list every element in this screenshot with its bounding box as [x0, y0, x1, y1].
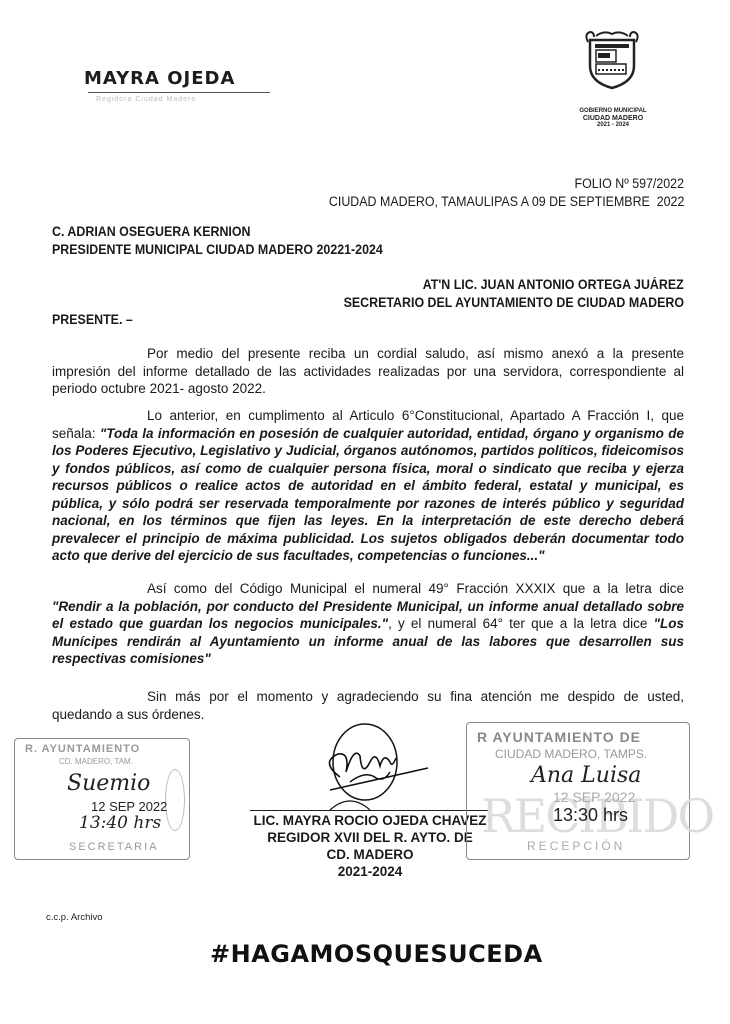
signature-line	[250, 810, 490, 811]
paragraph-4: Sin más por el momento y agradeciendo su…	[52, 688, 684, 723]
crest-line-1: GOBIERNO MUNICIPAL	[560, 108, 666, 115]
brand-name: MAYRA OJEDA	[84, 68, 235, 89]
signature-icon	[310, 722, 430, 812]
place-date: CIUDAD MADERO, TAMAULIPAS A 09 DE SEPTIE…	[329, 194, 684, 209]
stamp-left-handwriting: Suemio	[67, 771, 150, 796]
stamp-left-footer: SECRETARIA	[69, 841, 158, 853]
paragraph-3-text-b: , y el numeral 64° ter que a la letra di…	[388, 616, 654, 631]
paragraph-2: Lo anterior, en cumplimento al Articulo …	[52, 407, 684, 565]
article-6-quote: "Toda la información en posesión de cual…	[52, 426, 684, 564]
stamp-right-sub: CIUDAD MADERO, TAMPS.	[495, 747, 647, 761]
stamp-left-o-shape	[165, 769, 185, 831]
paragraph-1: Por medio del presente reciba un cordial…	[52, 345, 684, 398]
signer-role: REGIDOR XVII DEL R. AYTO. DE	[250, 829, 490, 846]
attn-title: SECRETARIO DEL AYUNTAMIENTO DE CIUDAD MA…	[344, 295, 684, 310]
recipient-title: PRESIDENTE MUNICIPAL CIUDAD MADERO 20221…	[52, 242, 383, 257]
campaign-hashtag: #HAGAMOSQUESUCEDA	[210, 940, 543, 968]
paragraph-1-text: Por medio del presente reciba un cordial…	[52, 346, 684, 396]
folio-number: FOLIO Nº 597/2022	[575, 176, 684, 191]
brand-tagline: Regidora Ciudad Madero	[96, 96, 196, 103]
signer-city: CD. MADERO	[250, 846, 490, 863]
reception-stamp-right: R AYUNTAMIENTO DE CIUDAD MADERO, TAMPS. …	[466, 722, 690, 860]
attn-name: AT'N LIC. JUAN ANTONIO ORTEGA JUÁREZ	[423, 277, 684, 292]
brand-underline	[88, 92, 270, 93]
signature-block: LIC. MAYRA ROCIO OJEDA CHAVEZ REGIDOR XV…	[250, 812, 490, 880]
stamp-left-time: 13:40 hrs	[79, 813, 161, 833]
signer-period: 2021-2024	[250, 863, 490, 880]
stamp-right-handwriting: Ana Luisa	[531, 763, 641, 788]
reception-stamp-left: R. AYUNTAMIENTO CD. MADERO, TAM. Suemio …	[14, 738, 190, 860]
stamp-left-header: R. AYUNTAMIENTO	[25, 743, 140, 755]
municipal-crest-icon	[582, 28, 642, 90]
signer-name: LIC. MAYRA ROCIO OJEDA CHAVEZ	[250, 812, 490, 829]
paragraph-3: Así como del Código Municipal el numeral…	[52, 580, 684, 668]
stamp-right-header: R AYUNTAMIENTO DE	[477, 729, 641, 745]
recipient-name: C. ADRIAN OSEGUERA KERNION	[52, 224, 251, 239]
stamp-right-date: 12 SEP 2022	[553, 789, 635, 805]
salutation: PRESENTE. –	[52, 312, 133, 327]
ccp-archive: c.c.p. Archivo	[46, 912, 103, 923]
stamp-left-sub: CD. MADERO, TAM.	[59, 757, 133, 766]
stamp-right-time: 13:30 hrs	[553, 805, 628, 826]
crest-line-3: 2021 - 2024	[560, 122, 666, 129]
paragraph-3-text-a: Así como del Código Municipal el numeral…	[147, 581, 684, 596]
crest-line-2: CIUDAD MADERO	[560, 115, 666, 122]
stamp-left-date: 12 SEP 2022	[91, 799, 167, 814]
crest-caption: GOBIERNO MUNICIPAL CIUDAD MADERO 2021 - …	[560, 108, 666, 129]
stamp-right-footer: RECEPCIÓN	[527, 839, 625, 853]
paragraph-4-text: Sin más por el momento y agradeciendo su…	[52, 689, 684, 722]
